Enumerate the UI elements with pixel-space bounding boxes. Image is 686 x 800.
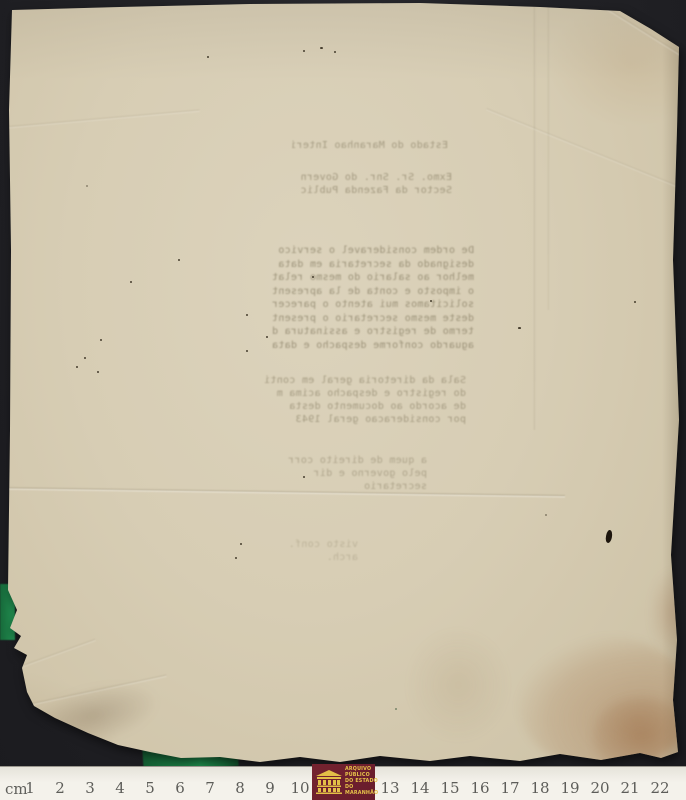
ink-speck: [100, 339, 102, 341]
document-paper: Estado do Maranhao Interior Exmo. Sr. Sn…: [0, 0, 686, 800]
ruler-number: 5: [135, 779, 165, 797]
ink-speck: [430, 300, 432, 302]
ink-speck: [207, 56, 209, 58]
ink-speck: [86, 185, 88, 187]
paper-streak: [533, 0, 536, 430]
ink-speck: [634, 301, 636, 303]
ruler-number: 3: [75, 779, 105, 797]
fold-crease: [0, 107, 200, 130]
water-stain: [650, 570, 686, 655]
document-paper-wrapper: Estado do Maranhao Interior Exmo. Sr. Sn…: [0, 0, 686, 800]
ruler-number: 17: [495, 779, 525, 797]
archive-logo-text-line: DO MARANHÃO: [345, 785, 378, 797]
ink-speck: [395, 708, 397, 710]
water-stain: [408, 630, 508, 740]
ruler-number: 1: [15, 779, 45, 797]
ink-speck: [130, 281, 132, 283]
ink-speck: [303, 50, 305, 52]
ruler-number: 15: [435, 779, 465, 797]
ruler-number: 20: [585, 779, 615, 797]
ink-speck: [545, 514, 547, 516]
ink-speck: [246, 350, 248, 352]
ruler-number: 14: [405, 779, 435, 797]
ink-speck: [240, 543, 242, 545]
ink-speck: [312, 276, 314, 278]
archive-logo-plaque: ARQUIVOPÚBLICODO ESTADODO MARANHÃO: [312, 764, 375, 800]
bleedthrough-text-block: visto conf.arch.: [233, 538, 358, 564]
ink-speck: [266, 336, 268, 338]
ruler-number: 19: [555, 779, 585, 797]
edge-stain: [23, 673, 162, 758]
ink-speck: [334, 51, 336, 53]
photo-background: Estado do Maranhao Interior Exmo. Sr. Sn…: [0, 0, 686, 800]
fold-crease: [485, 106, 686, 200]
ink-speck: [235, 557, 237, 559]
ink-speck: [178, 259, 180, 261]
bleedthrough-text-block: De ordem consideravel o servicodesignado…: [248, 244, 474, 352]
ruler-number: 8: [225, 779, 255, 797]
ruler-number: 4: [105, 779, 135, 797]
ink-blot: [605, 530, 614, 544]
ruler-number: 21: [615, 779, 645, 797]
ruler-number: 22: [645, 779, 675, 797]
ruler-number: 9: [255, 779, 285, 797]
ruler-number: 16: [465, 779, 495, 797]
bleedthrough-text-block: Estado do Maranhao Interior: [292, 139, 448, 153]
fold-crease-corner: [602, 4, 686, 62]
ink-speck: [320, 47, 323, 49]
ink-speck: [246, 314, 248, 316]
water-stain: [592, 696, 686, 776]
bleedthrough-text-block: Sala da diretoria geral em contido regis…: [238, 374, 466, 426]
ruler-number: 6: [165, 779, 195, 797]
bleedthrough-text-block: Exmo. Sr. Snr. do GovernoSector da Fazen…: [300, 171, 452, 197]
archive-building-icon: [316, 770, 342, 794]
archive-logo-text: ARQUIVOPÚBLICODO ESTADODO MARANHÃO: [345, 767, 378, 797]
ruler-number: 18: [525, 779, 555, 797]
ink-speck: [518, 327, 521, 329]
bleedthrough-text-block: a quem de direito corrpelo governo e dir…: [252, 454, 427, 493]
ruler-number: 7: [195, 779, 225, 797]
ink-speck: [97, 371, 99, 373]
ruler-number: 2: [45, 779, 75, 797]
ink-speck: [303, 476, 305, 478]
ink-speck: [84, 357, 86, 359]
fold-crease: [10, 637, 97, 673]
ruler-number: 13: [375, 779, 405, 797]
ruler-number: 10: [285, 779, 315, 797]
paper-streak: [547, 0, 550, 310]
ink-speck: [76, 366, 78, 368]
